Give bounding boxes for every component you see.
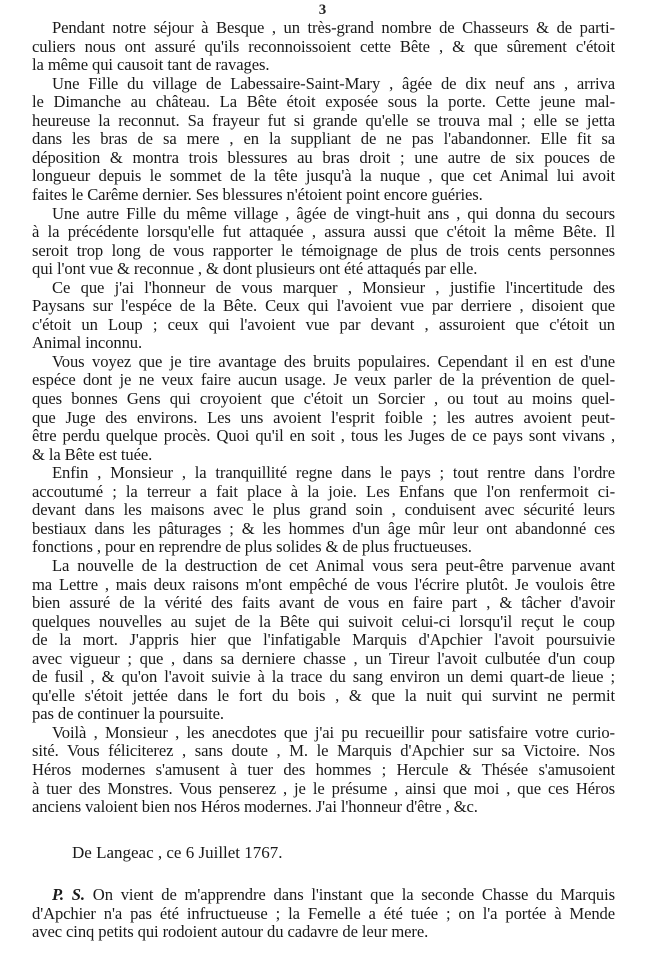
text-line: devant dans les maisons avec le plus gra… xyxy=(32,501,615,519)
ps-text: On vient de m'apprendre dans l'instant q… xyxy=(85,885,615,904)
text-line: Paysans sur l'espéce de la Bête. Ceux qu… xyxy=(32,297,615,315)
text-line: longueur depuis le sommet de la tête jus… xyxy=(32,167,615,185)
text-line: La nouvelle de la destruction de cet Ani… xyxy=(52,557,615,575)
text-line: heureuse la reconnut. Sa frayeur fut si … xyxy=(32,112,615,130)
text-line: pas de continuer la poursuite. xyxy=(32,705,615,723)
document-page: 3 Pendant notre séjour à Besque , un trè… xyxy=(0,0,645,964)
text-line: Enfin , Monsieur , la tranquillité regne… xyxy=(52,464,615,482)
text-line: dans les bras de sa mere , en la supplia… xyxy=(32,130,615,148)
text-line: culiers nous ont assuré qu'ils reconnois… xyxy=(32,38,615,56)
text-line: qui l'ont vue & reconnue , & dont plusie… xyxy=(32,260,615,278)
text-line: & la Bête est tuée. xyxy=(32,446,615,464)
text-line: de fusil , & qu'on l'avoit suivie à la t… xyxy=(32,668,615,686)
text-line: que Juge des environs. Les uns avoient l… xyxy=(32,409,615,427)
text-line: Vous voyez que je tire avantage des brui… xyxy=(52,353,615,371)
text-line: ma Lettre , mais deux raisons m'ont empê… xyxy=(32,576,615,594)
text-line: sité. Vous féliciterez , sans doute , M.… xyxy=(32,742,615,760)
text-line: Animal inconnu. xyxy=(32,334,615,352)
text-line: Voilà , Monsieur , les anecdotes que j'a… xyxy=(52,724,615,742)
ps-label: P. S. xyxy=(52,885,85,904)
text-line: faites le Carême dernier. Ses blessures … xyxy=(32,186,615,204)
text-line: le Dimanche au château. La Bête étoit ex… xyxy=(32,93,615,111)
ps-line: P. S. On vient de m'apprendre dans l'ins… xyxy=(52,886,615,904)
text-line: à la précédente lorsqu'elle fut attaquée… xyxy=(32,223,615,241)
text-line: déposition & montra trois blessures au b… xyxy=(32,149,615,167)
text-line: Héros modernes s'amusent à tuer des homm… xyxy=(32,761,615,779)
text-line: Une Fille du village de Labessaire-Saint… xyxy=(52,75,615,93)
text-line: c'étoit un Loup ; ceux qui l'avoient vue… xyxy=(32,316,615,334)
text-line: de la mort. J'appris hier que l'infatiga… xyxy=(32,631,615,649)
page-number: 3 xyxy=(0,2,645,19)
text-line: Ce que j'ai l'honneur de vous marquer , … xyxy=(52,279,615,297)
text-line: bestiaux dans les pâturages ; & les homm… xyxy=(32,520,615,538)
text-line: anciens valoient bien nos Héros modernes… xyxy=(32,798,615,816)
text-line: qu'elle s'étoit jettée dans le fort du b… xyxy=(32,687,615,705)
text-line: à tuer des Monstres. Vous penserez , je … xyxy=(32,780,615,798)
ps-line: d'Apchier n'a pas été infructueuse ; la … xyxy=(32,905,615,923)
text-line: avec vigueur ; que , dans sa derniere ch… xyxy=(32,650,615,668)
text-line: être perdu quelque procès. Quoi qu'il en… xyxy=(32,427,615,445)
text-line: accoutumé ; la terreur a fait place à la… xyxy=(32,483,615,501)
text-line: fonctions , pour en reprendre de plus so… xyxy=(32,538,615,556)
text-line: quelques nouvelles au sujet de la Bête q… xyxy=(32,613,615,631)
text-line: espéce dont je ne veux faire aucun usage… xyxy=(32,371,615,389)
dateline: De Langeac , ce 6 Juillet 1767. xyxy=(72,843,283,863)
text-line: Une autre Fille du même village , âgée d… xyxy=(52,205,615,223)
text-line: seroit trop long de vous rapporter le té… xyxy=(32,242,615,260)
text-line: bien assuré de la vérité des faits avant… xyxy=(32,594,615,612)
text-line: Pendant notre séjour à Besque , un très-… xyxy=(52,19,615,37)
text-line: ques bonnes Gens qui croyoient que c'éto… xyxy=(32,390,615,408)
ps-line: avec cinq petits qui rodoient autour du … xyxy=(32,923,615,941)
text-line: la même qui causoit tant de ravages. xyxy=(32,56,615,74)
